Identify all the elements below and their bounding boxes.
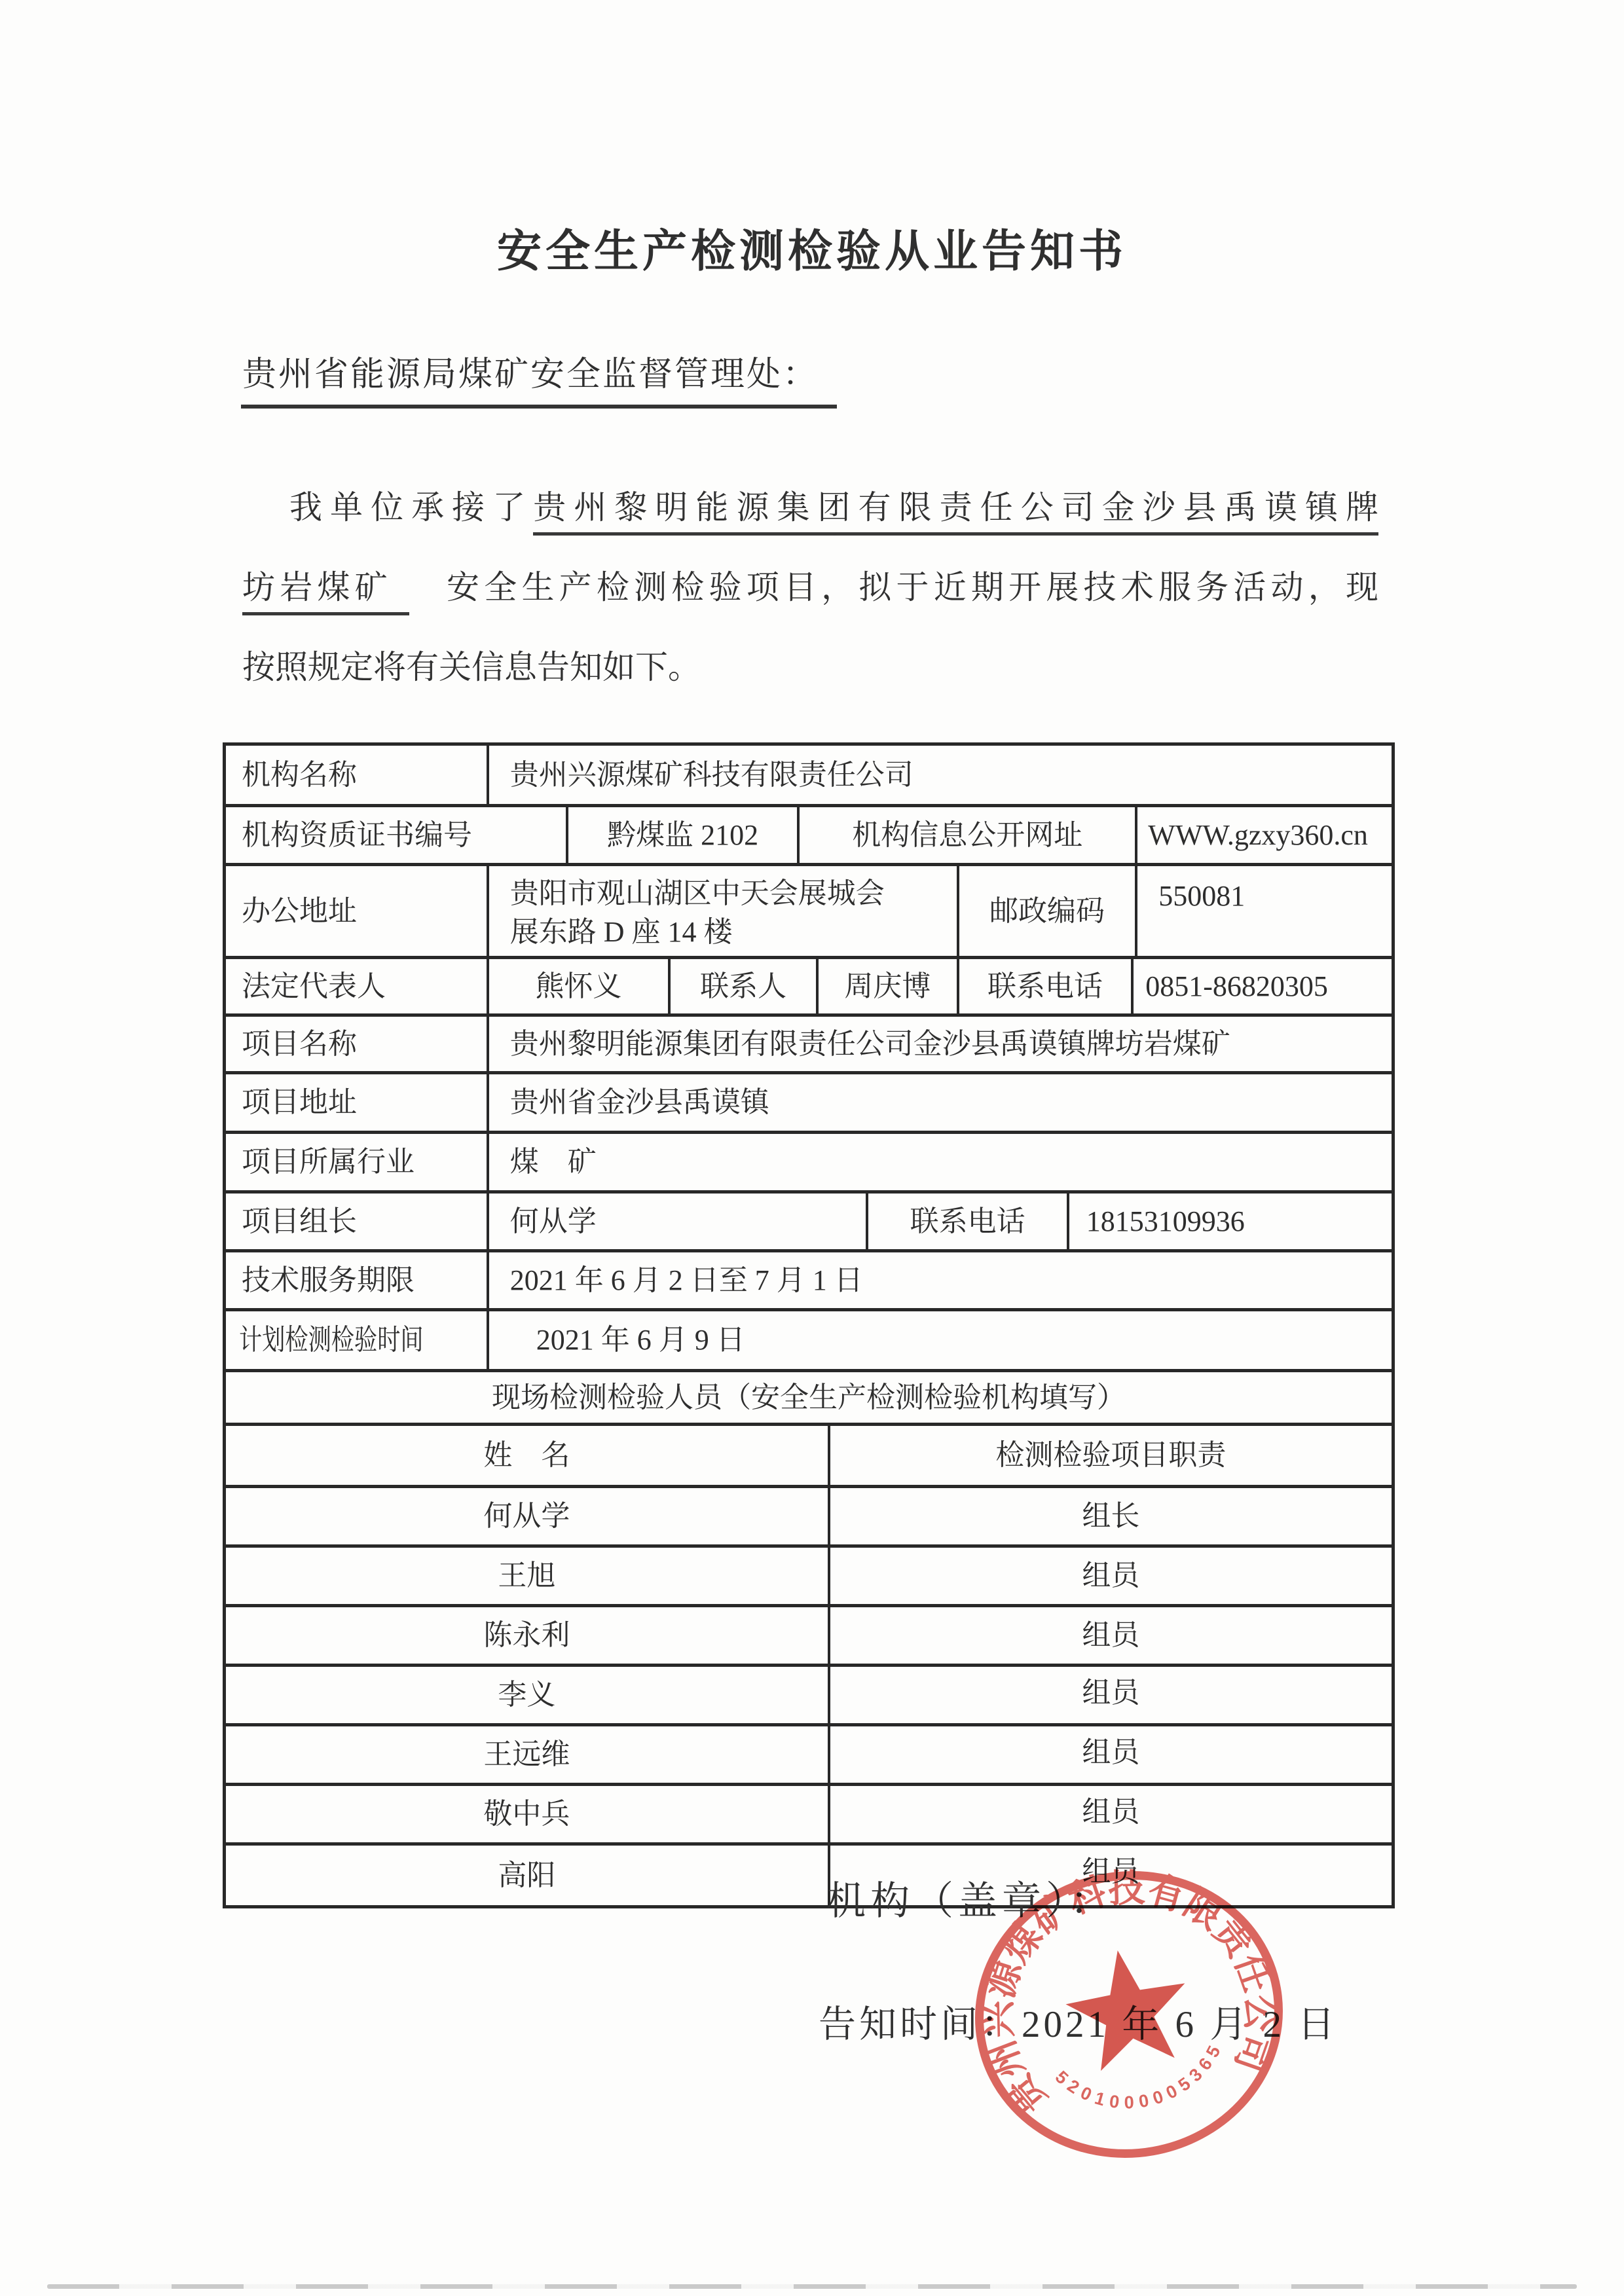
info-table: 机构名称 贵州兴源煤矿科技有限责任公司 机构资质证书编号 黔煤监 2102 机构…: [223, 742, 1395, 1908]
paragraph-line-1: 我单位承接了贵州黎明能源集团有限责任公司金沙县禹谟镇牌: [242, 484, 1378, 564]
table-row-office-address: 办公地址 贵阳市观山湖区中天会展城会 展东路 D 座 14 楼 邮政编码 550…: [226, 866, 1392, 959]
personnel-role: 组员: [830, 1786, 1392, 1842]
body-paragraph: 我单位承接了贵州黎明能源集团有限责任公司金沙县禹谟镇牌 坊岩煤矿 安全生产检测检…: [242, 484, 1378, 724]
leader-phone-label: 联系电话: [868, 1194, 1069, 1249]
underlined-mine-name: 坊岩煤矿: [242, 569, 409, 615]
addressee-text: 贵州省能源局煤矿安全监督管理处：: [241, 346, 837, 409]
addressee-line: 贵州省能源局煤矿安全监督管理处：: [241, 346, 1401, 409]
personnel-name: 高阳: [226, 1846, 830, 1905]
industry-value: 煤 矿: [489, 1134, 1392, 1190]
personnel-name: 何从学: [226, 1488, 830, 1544]
star-icon: [1058, 1940, 1198, 2075]
table-row-legal-rep: 法定代表人 熊怀义 联系人 周庆博 联系电话 0851-86820305: [226, 959, 1392, 1017]
paragraph-line-3: 按照规定将有关信息告知如下。: [242, 644, 1378, 724]
postcode-label: 邮政编码: [959, 866, 1138, 956]
cert-label: 机构资质证书编号: [226, 807, 568, 863]
table-row-project-address: 项目地址 贵州省金沙县禹谟镇: [226, 1074, 1392, 1134]
personnel-row: 陈永利 组员: [226, 1607, 1392, 1667]
table-row-service-period: 技术服务期限 2021 年 6 月 2 日至 7 月 1 日: [226, 1252, 1392, 1311]
service-period-label: 技术服务期限: [226, 1252, 489, 1308]
project-name-label: 项目名称: [226, 1017, 489, 1071]
org-name-value: 贵州兴源煤矿科技有限责任公司: [489, 746, 1392, 804]
table-row-project-name: 项目名称 贵州黎明能源集团有限责任公司金沙县禹谟镇牌坊岩煤矿: [226, 1017, 1392, 1074]
service-period-value: 2021 年 6 月 2 日至 7 月 1 日: [489, 1252, 1392, 1308]
phone-label: 联系电话: [959, 959, 1134, 1013]
table-row-industry: 项目所属行业 煤 矿: [226, 1134, 1392, 1194]
phone-value: 0851-86820305: [1134, 959, 1392, 1013]
personnel-role-header: 检测检验项目职责: [830, 1426, 1392, 1485]
table-row-planned-time: 计划检测检验时间 2021 年 6 月 9 日: [226, 1311, 1392, 1372]
personnel-role: 组员: [830, 1607, 1392, 1664]
personnel-row: 王旭 组员: [226, 1548, 1392, 1607]
personnel-name: 李义: [226, 1667, 830, 1723]
personnel-name: 王远维: [226, 1726, 830, 1783]
leader-name: 何从学: [489, 1194, 869, 1249]
cert-number: 黔煤监 2102: [568, 807, 800, 863]
website-label: 机构信息公开网址: [800, 807, 1137, 863]
planned-time-value: 2021 年 6 月 9 日: [489, 1311, 1392, 1369]
table-row-leader: 项目组长 何从学 联系电话 18153109936: [226, 1194, 1392, 1252]
paragraph-line-2: 坊岩煤矿 安全生产检测检验项目，拟于近期开展技术服务活动，现: [242, 564, 1378, 644]
personnel-name: 王旭: [226, 1548, 830, 1604]
paragraph-text: 安全生产检测检验项目，拟于近期开展技术服务活动，现: [409, 569, 1378, 606]
personnel-role: 组员: [830, 1726, 1392, 1783]
page-title: 安全生产检测检验从业告知书: [223, 216, 1401, 280]
leader-label: 项目组长: [226, 1194, 489, 1249]
contact-name: 周庆博: [819, 959, 959, 1013]
personnel-role: 组员: [830, 1667, 1392, 1723]
org-name-label: 机构名称: [226, 746, 489, 804]
personnel-role: 组员: [830, 1548, 1392, 1604]
table-row-org-name: 机构名称 贵州兴源煤矿科技有限责任公司: [226, 746, 1392, 807]
legal-rep-name: 熊怀义: [489, 959, 671, 1013]
company-seal: 贵州兴源煤矿科技有限责任公司 5201000005365: [944, 1838, 1314, 2191]
personnel-row: 李义 组员: [226, 1667, 1392, 1726]
project-address-label: 项目地址: [226, 1074, 489, 1131]
postcode-value: 550081: [1137, 866, 1392, 956]
personnel-role: 组长: [830, 1488, 1392, 1544]
industry-label: 项目所属行业: [226, 1134, 489, 1190]
seal-serial-arc: 5201000005365: [1049, 2039, 1232, 2126]
personnel-name: 陈永利: [226, 1607, 830, 1664]
scan-artifact-line: [47, 2284, 1577, 2289]
contact-label: 联系人: [671, 959, 819, 1013]
office-address-line1: 贵阳市观山湖区中天会展城会: [510, 874, 951, 913]
document-page: 安全生产检测检验从业告知书 贵州省能源局煤矿安全监督管理处： 我单位承接了贵州黎…: [0, 0, 1624, 2296]
planned-time-label: 计划检测检验时间: [226, 1311, 489, 1369]
office-address-label: 办公地址: [226, 866, 489, 956]
office-address-line2: 展东路 D 座 14 楼: [510, 913, 951, 951]
seal-serial-text: 5201000005365: [1049, 2039, 1232, 2126]
personnel-row: 敬中兵 组员: [226, 1786, 1392, 1846]
office-address-value: 贵阳市观山湖区中天会展城会 展东路 D 座 14 楼: [489, 866, 959, 956]
paragraph-text: 我单位承接了: [289, 489, 533, 526]
legal-rep-label: 法定代表人: [226, 959, 489, 1013]
website-value: WWW.gzxy360.cn: [1137, 807, 1392, 863]
project-name-value: 贵州黎明能源集团有限责任公司金沙县禹谟镇牌坊岩煤矿: [489, 1017, 1392, 1071]
personnel-row: 王远维 组员: [226, 1726, 1392, 1786]
project-address-value: 贵州省金沙县禹谟镇: [489, 1074, 1392, 1131]
personnel-name: 敬中兵: [226, 1786, 830, 1842]
personnel-name-header: 姓 名: [226, 1426, 830, 1485]
underlined-company-name: 贵州黎明能源集团有限责任公司金沙县禹谟镇牌: [533, 489, 1378, 536]
table-row-personnel-header: 姓 名 检测检验项目职责: [226, 1426, 1392, 1488]
table-row-section-header: 现场检测检验人员（安全生产检测检验机构填写）: [226, 1372, 1392, 1426]
personnel-row: 何从学 组长: [226, 1488, 1392, 1548]
table-row-certificate: 机构资质证书编号 黔煤监 2102 机构信息公开网址 WWW.gzxy360.c…: [226, 807, 1392, 866]
section-header: 现场检测检验人员（安全生产检测检验机构填写）: [226, 1372, 1392, 1423]
paragraph-text: 按照规定将有关信息告知如下。: [242, 649, 701, 685]
leader-phone-value: 18153109936: [1069, 1194, 1392, 1249]
